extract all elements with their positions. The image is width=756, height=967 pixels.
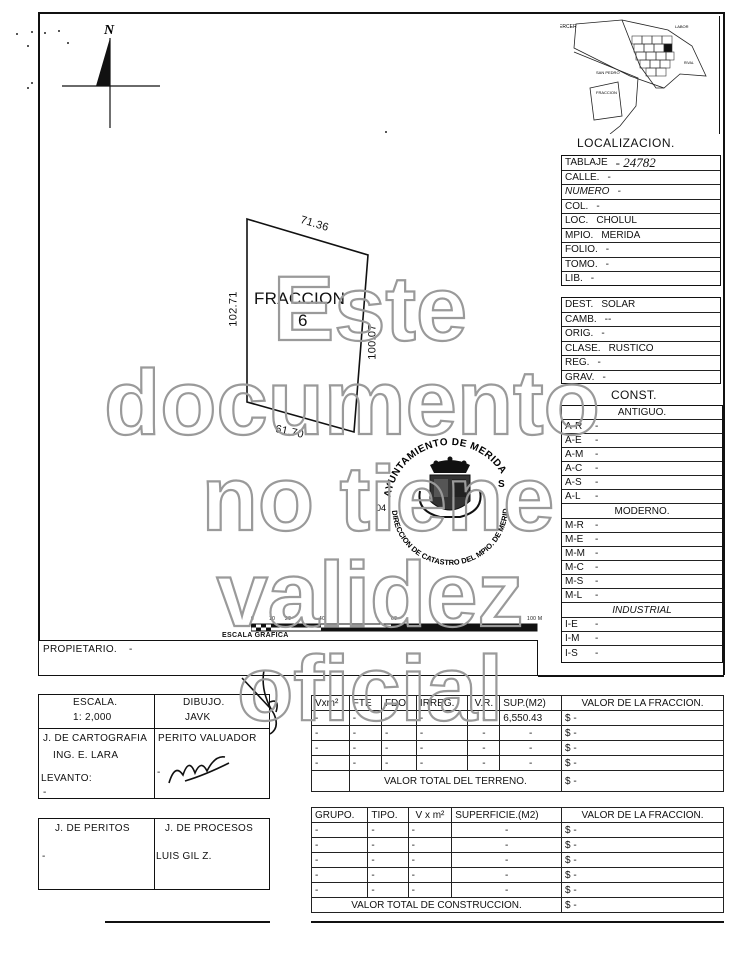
svg-text:LABOR: LABOR [675,24,689,29]
land-total-label: VALOR TOTAL DEL TERRENO. [349,771,561,792]
row-m-c: M-C- [562,561,722,575]
land-total-row: VALOR TOTAL DEL TERRENO. $ - [312,771,724,792]
field-numero: NUMERO- [562,185,720,200]
heading-industrial: INDUSTRIAL [562,603,722,618]
field-loc: LOC.CHOLUL [562,214,720,229]
row-m-l: M-L- [562,589,722,603]
owner-value: - [129,644,133,656]
row-a-e: A-E- [562,434,722,448]
header-cell: V x m² [408,808,452,823]
construction-total-row: VALOR TOTAL DE CONSTRUCCION. $ - [312,898,724,913]
signature-line [105,921,270,923]
peritos-label: J. DE PERITOS [55,823,130,835]
construction-total-label: VALOR TOTAL DE CONSTRUCCION. [312,898,562,913]
row-a-r: A-R- [562,420,722,434]
field-reg: REG.- [562,356,720,371]
header-cell: IRREG. [416,696,468,711]
construction-table-header: GRUPO. TIPO. V x m² SUPERFICIE.(M2) VALO… [312,808,724,823]
row-i-e: I-E- [562,618,722,632]
header-cell: SUPERFICIE.(M2) [452,808,562,823]
svg-text:TERCER: TERCER [560,24,577,30]
frame-right [723,12,725,675]
land-total-value: $ - [562,771,724,792]
field-tomo: TOMO.- [562,258,720,273]
table-row: ------$ - [312,741,724,756]
construction-total-value: $ - [562,898,724,913]
signature-block: ESCALA. 1: 2,000 DIBUJO. JAVK J. DE CART… [38,694,270,799]
field-col: COL.- [562,200,720,215]
north-arrow-icon: N [60,18,170,128]
row-a-c: A-C- [562,462,722,476]
parcel-label: FRACCION [254,290,345,308]
table-row: ----$ - [312,853,724,868]
row-m-m: M-M- [562,547,722,561]
field-label: TABLAJE [565,157,608,168]
svg-text:S: S [498,479,505,490]
levanto-value: - [43,787,47,799]
header-cell: SUP.(M2) [500,696,562,711]
table-row: ----$ - [312,838,724,853]
table-row: ------$ - [312,726,724,741]
field-folio: FOLIO.- [562,243,720,258]
table-row: ------$ - [312,756,724,771]
perito-value: - [157,767,161,779]
property-fields: DEST.SOLAR CAMB.-- ORIG.- CLASE.RUSTICO … [561,297,721,384]
tablaje-value: - 24782 [616,155,656,171]
location-fields: TABLAJE - 24782 CALLE.- NUMERO- COL.- LO… [561,155,721,286]
row-i-s: I-S- [562,646,722,660]
svg-text:N: N [103,23,115,38]
construction-classes: ANTIGUO. A-R- A-E- A-M- A-C- A-S- A-L- M… [561,405,723,663]
row-m-e: M-E- [562,533,722,547]
procesos-value: LUIS GIL Z. [156,851,212,863]
row-a-l: A-L- [562,490,722,504]
header-cell: GRUPO. [312,808,368,823]
dibujo-value: JAVK [185,712,210,724]
table-row: -----6,550.43$ - [312,711,724,726]
location-title: LOCALIZACION. [577,137,675,149]
svg-text:RIVAL: RIVAL [684,61,694,65]
location-map: TERCER LABOR RIVAL SAN PEDRO FRACCION [560,16,720,134]
const-title: CONST. [611,389,657,401]
row-a-m: A-M- [562,448,722,462]
header-cell: FDO [381,696,416,711]
peritos-value: - [42,851,46,863]
field-dest: DEST.SOLAR [562,298,720,313]
header-cell: TIPO. [368,808,408,823]
heading-moderno: MODERNO. [562,504,722,519]
scale-title: ESCALA GRAFICA [222,632,289,640]
field-orig: ORIG.- [562,327,720,342]
row-i-m: I-M- [562,632,722,646]
side-left-label: 102.71 [228,291,240,326]
parcel-number: 6 [298,312,308,330]
bottom-rule [311,921,724,923]
land-table-header: Vxm² FTE FDO IRREG. V.R. SUP.(M2) VALOR … [312,696,724,711]
svg-text:04: 04 [376,503,386,513]
procesos-label: J. DE PROCESOS [165,823,253,835]
row-a-s: A-S- [562,476,722,490]
row-m-s: M-S- [562,575,722,589]
scale-graphic [251,623,541,633]
escala-value: 1: 2,000 [73,712,112,724]
field-clase: CLASE.RUSTICO [562,342,720,357]
construction-table: GRUPO. TIPO. V x m² SUPERFICIE.(M2) VALO… [311,807,724,913]
owner-label: PROPIETARIO. [43,644,117,656]
land-table: Vxm² FTE FDO IRREG. V.R. SUP.(M2) VALOR … [311,695,724,792]
municipal-seal-icon: AYUNTAMIENTO DE MERIDA DIRECCION DE CATA… [370,425,530,575]
field-grav: GRAV.- [562,371,720,384]
field-lib: LIB.- [562,272,720,285]
dibujo-label: DIBUJO. [183,697,225,709]
svg-text:FRACCION: FRACCION [596,90,617,95]
field-tablaje: TABLAJE - 24782 [562,156,720,171]
header-cell: VALOR DE LA FRACCION. [562,808,724,823]
table-row: ----$ - [312,868,724,883]
field-mpio: MPIO.MERIDA [562,229,720,244]
header-cell: Vxm² [312,696,350,711]
levanto-label: LEVANTO: [41,773,92,785]
location-map-drawing: TERCER LABOR RIVAL SAN PEDRO FRACCION [560,16,718,134]
side-right-label: 100.07 [367,324,379,359]
svg-text:SAN PEDRO: SAN PEDRO [596,70,620,75]
row-m-r: M-R- [562,519,722,533]
field-calle: CALLE.- [562,171,720,186]
approval-block: J. DE PERITOS - J. DE PROCESOS LUIS GIL … [38,818,270,890]
frame-left [38,12,40,640]
heading-antiguo: ANTIGUO. [562,406,722,420]
initials-signature-icon [240,668,290,738]
cartografia-value: ING. E. LARA [53,750,118,762]
escala-label: ESCALA. [73,697,117,709]
cartografia-label: J. DE CARTOGRAFIA [43,733,147,745]
header-cell: FTE [349,696,381,711]
field-camb: CAMB.-- [562,313,720,328]
frame-top [38,12,724,14]
header-cell: VALOR DE LA FRACCION. [562,696,724,711]
table-row: ----$ - [312,823,724,838]
perito-signature-icon [165,753,235,789]
frame-bottom-right [538,675,724,677]
header-cell: V.R. [468,696,500,711]
table-row: ----$ - [312,883,724,898]
